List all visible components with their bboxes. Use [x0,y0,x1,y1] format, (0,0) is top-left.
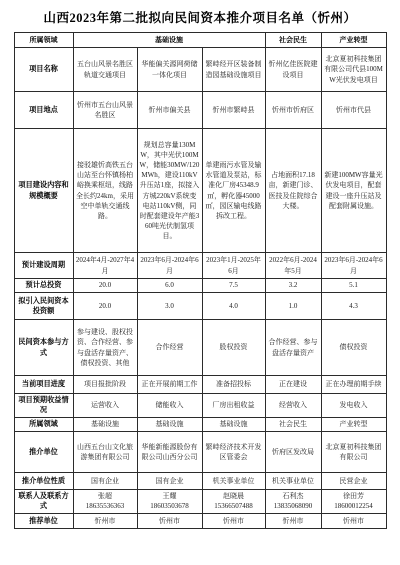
cell: 7.5 [202,279,265,293]
cell: 股权投资 [202,320,265,376]
cell: 准备招投标 [202,376,265,394]
row-label: 推介单位 [14,431,73,472]
cell: 2024年4月-2027年4月 [73,253,137,279]
cell: 2023年6月-2024年6月 [137,253,202,279]
table-row-construction-content: 项目建设内容和规模概要 接驳雄忻高铁五台山站至台怀镇杨柏峪换乘枢纽，线路全长约2… [14,129,386,253]
cell: 3.0 [137,293,202,320]
cell: 社会民生 [265,417,321,431]
table-row-expected-revenue: 项目预期收益情况 运营收入 储能收入 厂房出租收益 经营收入 发电收入 [14,394,386,418]
cell: 债权投资 [321,320,386,376]
cell: 新建100MW容量光伏发电项目，配套建设一座升压站及配套附属设施。 [321,129,386,253]
row-label: 预计总投资 [14,279,73,293]
cell: 单建雨污水管及输水管道及泵站，标准化厂房45348.9㎡，孵化器45000㎡，园… [202,129,265,253]
cell: 产业转型 [321,417,386,431]
cell: 五台山风景名胜区轨道交通项目 [73,48,137,92]
cell: 北京夏初科技集团有限公司代县100MW光伏发电项目 [321,48,386,92]
cell: 忻州市五台山风景名胜区 [73,92,137,129]
table-row-contact: 联系人及联系方式 张超 18635536363 王耀 18603503678 赵… [14,489,386,513]
table-row-recommending-unit: 推介单位 山西五台山文化旅游集团有限公司 华能新能源股份有限公司山西分公司 繁峙… [14,431,386,472]
header-livelihood: 社会民生 [265,33,321,48]
table-row-private-capital-amount: 拟引入民间资本投资额 20.0 3.0 4.0 1.0 4.3 [14,293,386,320]
table-row-domain: 所属领域 基础设施 基础设施 基础设施 社会民生 产业转型 [14,417,386,431]
cell: 忻州市 [73,513,137,528]
cell: 徐田芳 18600012254 [321,489,386,513]
cell: 2023年6月-2024年6月 [321,253,386,279]
cell: 厂房出租收益 [202,394,265,418]
cell: 华能偏关源网荷储一体化项目 [137,48,202,92]
table-row-recommender-city: 推荐单位 忻州市 忻州市 忻州市 忻州市 忻州市 [14,513,386,528]
cell: 忻州市忻府区 [265,92,321,129]
row-label: 联系人及联系方式 [14,489,73,513]
cell: 忻州市代县 [321,92,386,129]
table-row-construction-period: 预计建设周期 2024年4月-2027年4月 2023年6月-2024年6月 2… [14,253,386,279]
row-label: 拟引入民间资本投资额 [14,293,73,320]
cell: 5.1 [321,279,386,293]
header-infrastructure: 基础设施 [73,33,265,48]
cell: 忻州市 [137,513,202,528]
cell: 赵晓晨 15366507488 [202,489,265,513]
cell: 正在建设 [265,376,321,394]
cell: 忻府区发改局 [265,431,321,472]
cell: 20.0 [73,293,137,320]
table-header-row: 所属领域 基础设施 社会民生 产业转型 [14,33,386,48]
cell: 基础设施 [73,417,137,431]
table-row-project-name: 项目名称 五台山风景名胜区轨道交通项目 华能偏关源网荷储一体化项目 繁峙经开区装… [14,48,386,92]
cell: 参与建设、股权投资、合作经营、参与盘活存量资产、债权投资、其他 [73,320,137,376]
cell: 合作经营 [137,320,202,376]
cell: 国有企业 [137,472,202,489]
row-label: 推荐单位 [14,513,73,528]
cell: 2023年1月-2025年6月 [202,253,265,279]
row-label: 民间资本参与方式 [14,320,73,376]
row-label: 项目名称 [14,48,73,92]
cell: 忻州亿佳医院建设项目 [265,48,321,92]
cell: 发电收入 [321,394,386,418]
cell: 华能新能源股份有限公司山西分公司 [137,431,202,472]
table-row-participation-mode: 民间资本参与方式 参与建设、股权投资、合作经营、参与盘活存量资产、债权投资、其他… [14,320,386,376]
row-label: 推介单位性质 [14,472,73,489]
cell: 民营企业 [321,472,386,489]
cell: 2022年6月-2024年5月 [265,253,321,279]
table-row-total-investment: 预计总投资 20.0 6.0 7.5 3.2 5.1 [14,279,386,293]
cell: 繁峙经开区装备制造园基础设施项目 [202,48,265,92]
project-table: 所属领域 基础设施 社会民生 产业转型 项目名称 五台山风景名胜区轨道交通项目 … [14,32,387,529]
document-page: 山西2023年第二批拟向民间资本推介项目名单（忻州） 所属领域 基础设施 社会民… [0,0,400,565]
table-row-current-progress: 当前项目进度 项目报批阶段 正在开展前期工作 准备招投标 正在建设 正在办理前期… [14,376,386,394]
cell: 忻州市 [321,513,386,528]
cell: 3.2 [265,279,321,293]
cell: 4.0 [202,293,265,320]
cell: 繁峙经济技术开发区管委会 [202,431,265,472]
cell: 储能收入 [137,394,202,418]
cell: 石利杰 13835068090 [265,489,321,513]
cell: 机关事业单位 [202,472,265,489]
cell: 20.0 [73,279,137,293]
cell: 基础设施 [202,417,265,431]
cell: 接驳雄忻高铁五台山站至台怀镇杨柏峪换乘枢纽，线路全长约24km，采用空中单轨交通… [73,129,137,253]
row-label: 当前项目进度 [14,376,73,394]
cell: 1.0 [265,293,321,320]
cell: 国有企业 [73,472,137,489]
document-title: 山西2023年第二批拟向民间资本推介项目名单（忻州） [0,8,400,26]
cell: 忻州市 [265,513,321,528]
row-label: 项目建设内容和规模概要 [14,129,73,253]
cell: 运营收入 [73,394,137,418]
row-label: 项目地点 [14,92,73,129]
cell: 经营收入 [265,394,321,418]
cell: 山西五台山文化旅游集团有限公司 [73,431,137,472]
cell: 基础设施 [137,417,202,431]
row-label: 所属领域 [14,417,73,431]
cell: 忻州市偏关县 [137,92,202,129]
cell: 机关事业单位 [265,472,321,489]
table-row-unit-nature: 推介单位性质 国有企业 国有企业 机关事业单位 机关事业单位 民营企业 [14,472,386,489]
row-label: 预计建设周期 [14,253,73,279]
cell: 项目报批阶段 [73,376,137,394]
cell: 4.3 [321,293,386,320]
cell: 张超 18635536363 [73,489,137,513]
cell: 规划总容量130MW，其中光伏100MW，储能30MW/120MWh，建设110… [137,129,202,253]
cell: 王耀 18603503678 [137,489,202,513]
header-domain-label: 所属领域 [14,33,73,48]
cell: 占地面积17.18亩，新建门诊、医技及住院综合大楼。 [265,129,321,253]
row-label: 项目预期收益情况 [14,394,73,418]
cell: 6.0 [137,279,202,293]
cell: 正在办理前期手续 [321,376,386,394]
cell: 忻州市 [202,513,265,528]
table-row-project-location: 项目地点 忻州市五台山风景名胜区 忻州市偏关县 忻州市繁峙县 忻州市忻府区 忻州… [14,92,386,129]
cell: 北京夏初科技集团有限公司 [321,431,386,472]
cell: 忻州市繁峙县 [202,92,265,129]
header-industry: 产业转型 [321,33,386,48]
cell: 合作经营、参与盘活存量资产 [265,320,321,376]
cell: 正在开展前期工作 [137,376,202,394]
